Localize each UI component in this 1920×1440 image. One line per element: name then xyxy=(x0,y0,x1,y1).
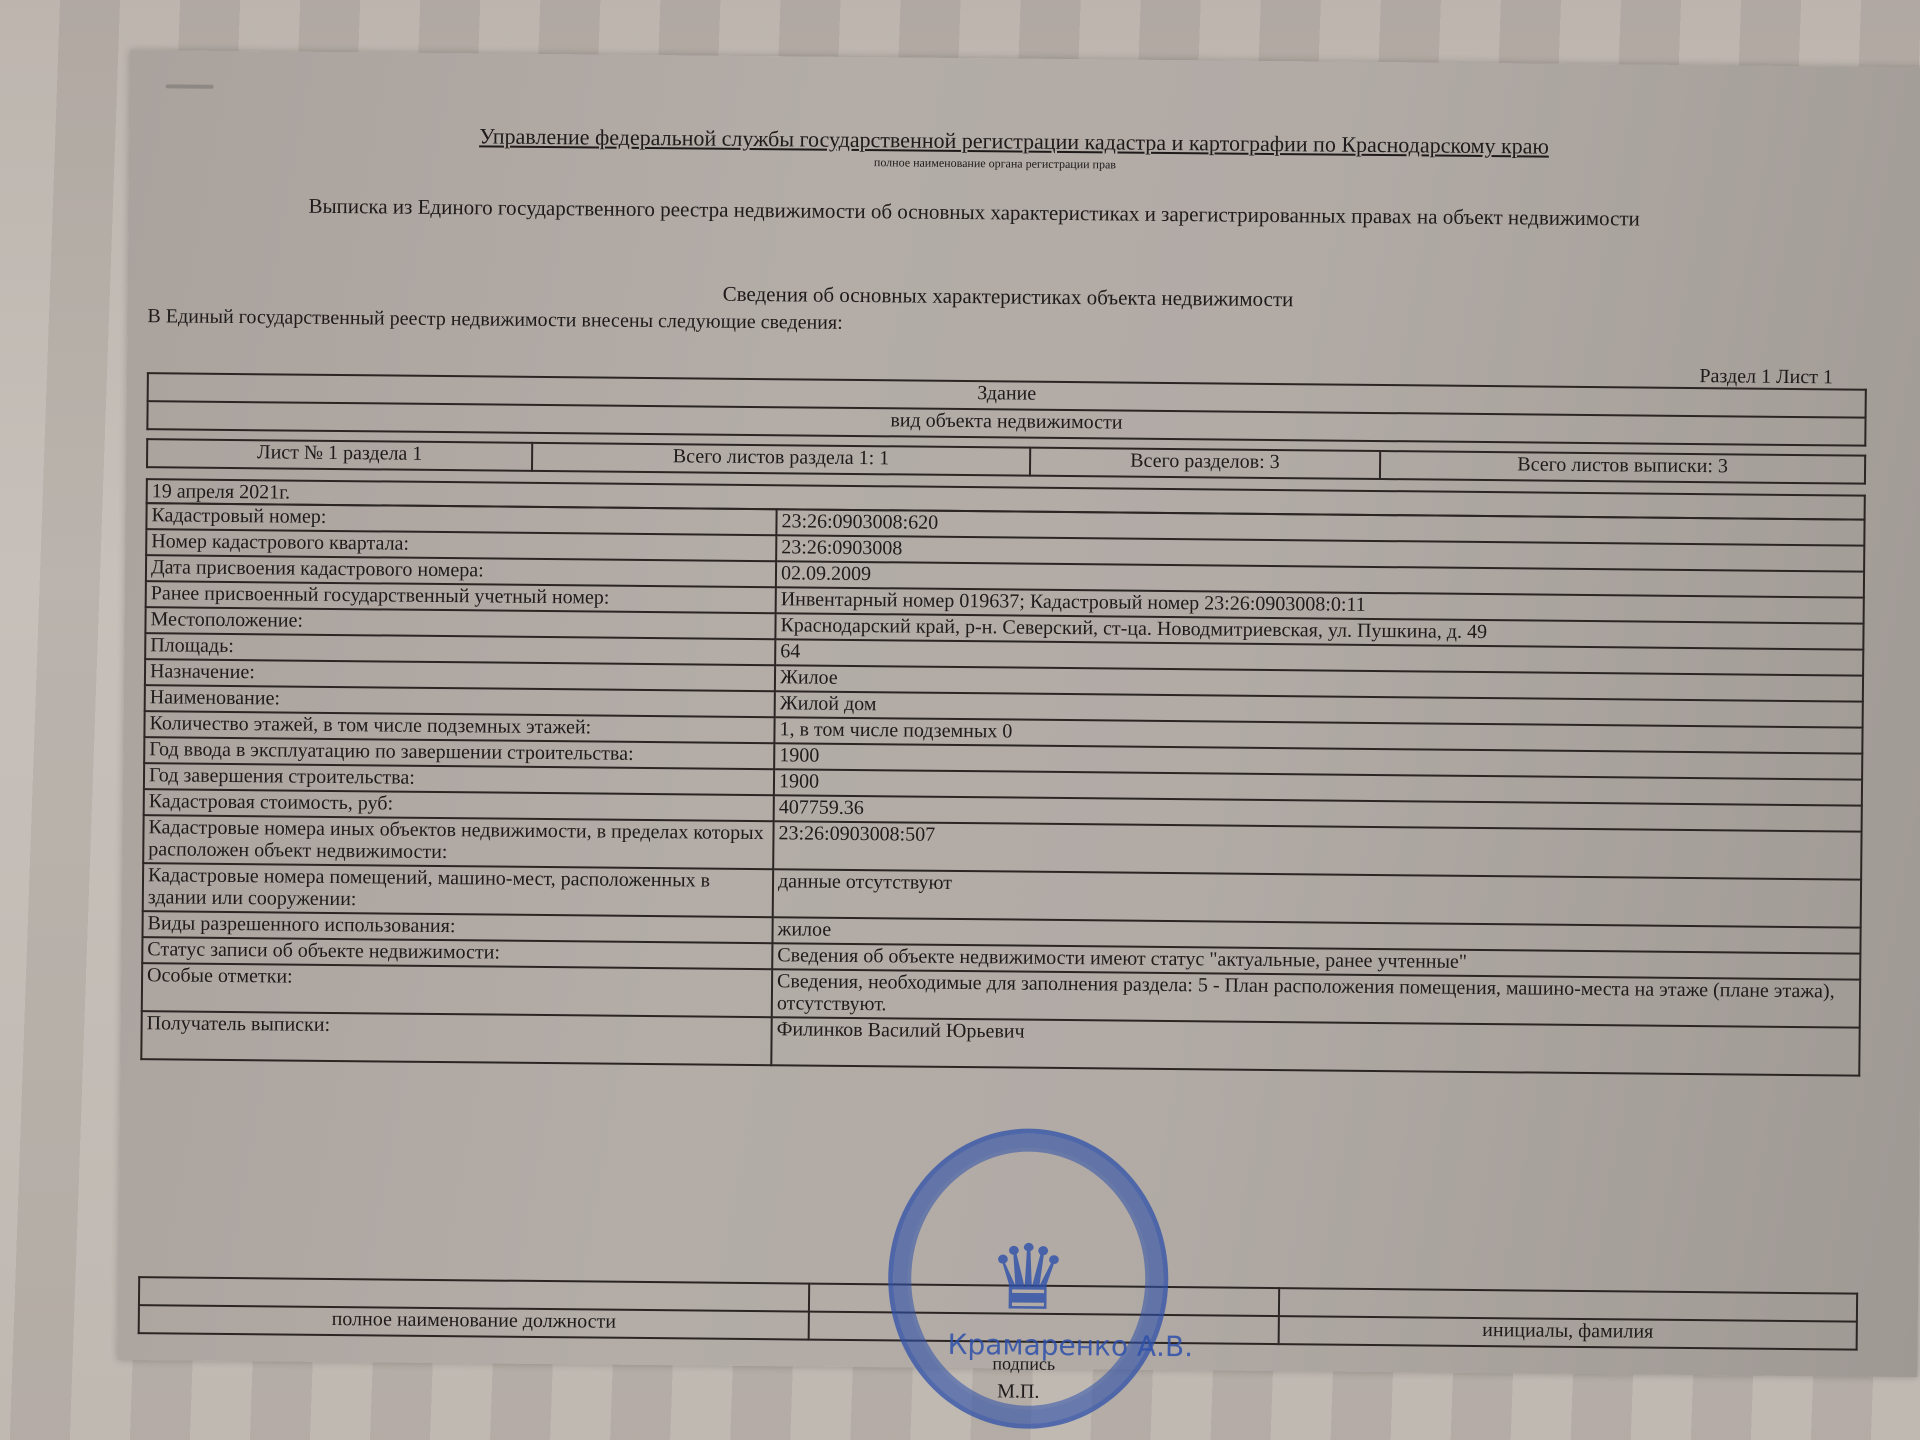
sheets-table: Лист № 1 раздела 1 Всего листов раздела … xyxy=(146,438,1866,485)
initials-caption: инициалы, фамилия xyxy=(1279,1316,1857,1350)
row-label: Особые отметки: xyxy=(142,963,772,1017)
organization-name: Управление федеральной службы государств… xyxy=(479,123,1549,159)
row-label: Кадастровые номера помещений, машино-мес… xyxy=(143,863,773,917)
position-caption: полное наименование должности xyxy=(139,1305,809,1339)
characteristics-table: Кадастровый номер:23:26:0903008:620 Номе… xyxy=(140,502,1865,1076)
section-title: Сведения об основных характеристиках объ… xyxy=(723,282,1294,312)
staple xyxy=(166,84,214,88)
row-value: Филинков Василий Юрьевич xyxy=(771,1017,1859,1075)
signature-caption: подпись xyxy=(992,1353,1055,1375)
signer-name: Крамаренко А.В. xyxy=(947,1328,1193,1363)
document-page: Управление федеральной службы государств… xyxy=(117,50,1920,1377)
intro-text: В Единый государственный реестр недвижим… xyxy=(147,305,842,335)
stamp-caption: М.П. xyxy=(997,1380,1039,1403)
organization-caption: полное наименование органа регистрации п… xyxy=(874,155,1116,172)
object-type-table: Здание вид объекта недвижимости xyxy=(146,372,1866,447)
row-label: Получатель выписки: xyxy=(141,1011,771,1065)
document-title: Выписка из Единого государственного реес… xyxy=(308,194,1640,232)
total-sections: Всего разделов: 3 xyxy=(1030,448,1381,479)
section-sheets-count: Всего листов раздела 1: 1 xyxy=(532,443,1030,476)
total-sheets: Всего листов выписки: 3 xyxy=(1380,451,1865,484)
row-label: Кадастровые номера иных объектов недвижи… xyxy=(143,815,773,869)
sheet-number: Лист № 1 раздела 1 xyxy=(147,439,532,471)
section-sheet-label: Раздел 1 Лист 1 xyxy=(1699,365,1833,389)
eagle-icon: ♛ xyxy=(987,1233,1069,1324)
